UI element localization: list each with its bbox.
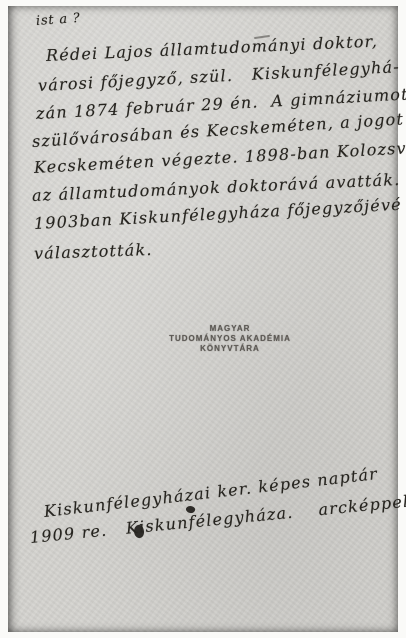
stamp-line-3: KÖNYVTÁRA	[158, 344, 302, 354]
stamp-line-1: MAGYAR	[158, 324, 302, 334]
library-stamp: MAGYAR TUDOMÁNYOS AKADÉMIA KÖNYVTÁRA	[158, 324, 302, 354]
paper: ist a ? Rédei Lajos államtudományi dokto…	[8, 6, 398, 632]
stamp-line-2: TUDOMÁNYOS AKADÉMIA	[158, 334, 302, 344]
corner-note: ist a ?	[35, 11, 81, 29]
scanned-page: ist a ? Rédei Lajos államtudományi dokto…	[0, 0, 406, 638]
handwritten-line-8: választották.	[34, 240, 153, 263]
